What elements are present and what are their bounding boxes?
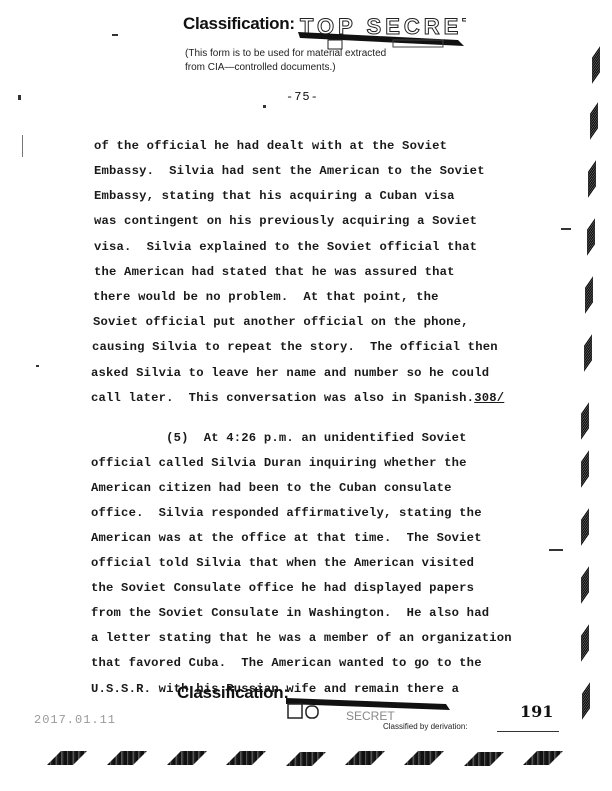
text-line: Embassy. Silvia had sent the American to… xyxy=(94,164,485,178)
scan-speck xyxy=(263,105,266,108)
registration-mark xyxy=(226,751,266,765)
text-line: American was at the office at that time.… xyxy=(91,531,482,545)
header-redaction-stamp: TOP SECRET xyxy=(298,12,466,52)
form-note: (This form is to be used for material ex… xyxy=(185,47,386,75)
side-registration-mark xyxy=(592,46,600,83)
classified-by-label: Classified by derivation: xyxy=(383,722,467,731)
text-line: of the official he had dealt with at the… xyxy=(94,139,447,153)
side-registration-mark xyxy=(585,276,593,313)
footer-classification-label: Classification: xyxy=(177,683,289,703)
text-line: causing Silvia to repeat the story. The … xyxy=(92,340,498,354)
text-line: office. Silvia responded affirmatively, … xyxy=(91,506,482,520)
text-line: a letter stating that he was a member of… xyxy=(91,631,512,645)
side-registration-mark xyxy=(588,160,596,197)
scan-speck xyxy=(112,34,118,36)
registration-mark xyxy=(523,751,563,765)
text-line: Embassy, stating that his acquiring a Cu… xyxy=(94,189,455,203)
text-line: (5) At 4:26 p.m. an unidentified Soviet xyxy=(91,431,467,445)
date-stamp: 2017.01.11 xyxy=(34,713,116,727)
scan-speck xyxy=(36,365,39,367)
registration-mark xyxy=(464,752,504,766)
registration-mark xyxy=(286,752,326,766)
side-registration-mark xyxy=(584,334,592,371)
page-number: -75- xyxy=(286,90,319,104)
text-line: from the Soviet Consulate in Washington.… xyxy=(91,606,489,620)
registration-mark xyxy=(404,751,444,765)
text-line: American citizen had been to the Cuban c… xyxy=(91,481,452,495)
text-line: asked Silvia to leave her name and numbe… xyxy=(91,366,489,380)
side-registration-mark xyxy=(581,624,589,661)
form-note-line-1: (This form is to be used for material ex… xyxy=(185,47,386,61)
document-page: Classification: TOP SECRET (This form is… xyxy=(0,0,612,791)
registration-mark xyxy=(167,751,207,765)
text-line: Soviet official put another official on … xyxy=(93,315,469,329)
scan-speck xyxy=(549,549,563,551)
form-note-line-2: from CIA—controlled documents.) xyxy=(185,61,386,75)
scan-speck xyxy=(18,95,21,100)
text-line: official told Silvia that when the Ameri… xyxy=(91,556,474,570)
side-registration-mark xyxy=(581,402,589,439)
scan-speck xyxy=(22,135,23,157)
side-registration-mark xyxy=(581,508,589,545)
text-line: the Soviet Consulate office he had displ… xyxy=(91,581,474,595)
side-registration-mark xyxy=(582,682,590,719)
side-registration-mark xyxy=(587,218,595,255)
text-line: the American had stated that he was assu… xyxy=(94,265,455,279)
header-classification-label: Classification: xyxy=(183,14,295,34)
document-number: 191 xyxy=(520,702,553,721)
registration-mark xyxy=(107,751,147,765)
side-registration-mark xyxy=(581,450,589,487)
text-line: there would be no problem. At that point… xyxy=(93,290,439,304)
text-line: visa. Silvia explained to the Soviet off… xyxy=(94,240,477,254)
text-line: call later. This conversation was also i… xyxy=(91,391,504,405)
registration-mark xyxy=(345,751,385,765)
scan-speck xyxy=(561,228,571,230)
footer-redaction-stamp: SECRET xyxy=(286,692,456,726)
classified-by-field xyxy=(497,731,559,732)
svg-text:SECRET: SECRET xyxy=(346,709,395,723)
text-line: was contingent on his previously acquiri… xyxy=(94,214,477,228)
side-registration-mark xyxy=(581,566,589,603)
text-line: that favored Cuba. The American wanted t… xyxy=(91,656,482,670)
side-registration-mark xyxy=(590,102,598,139)
text-line: official called Silvia Duran inquiring w… xyxy=(91,456,467,470)
footnote-reference: 308/ xyxy=(474,391,504,405)
text-line-content: call later. This conversation was also i… xyxy=(91,391,474,405)
registration-mark xyxy=(47,751,87,765)
